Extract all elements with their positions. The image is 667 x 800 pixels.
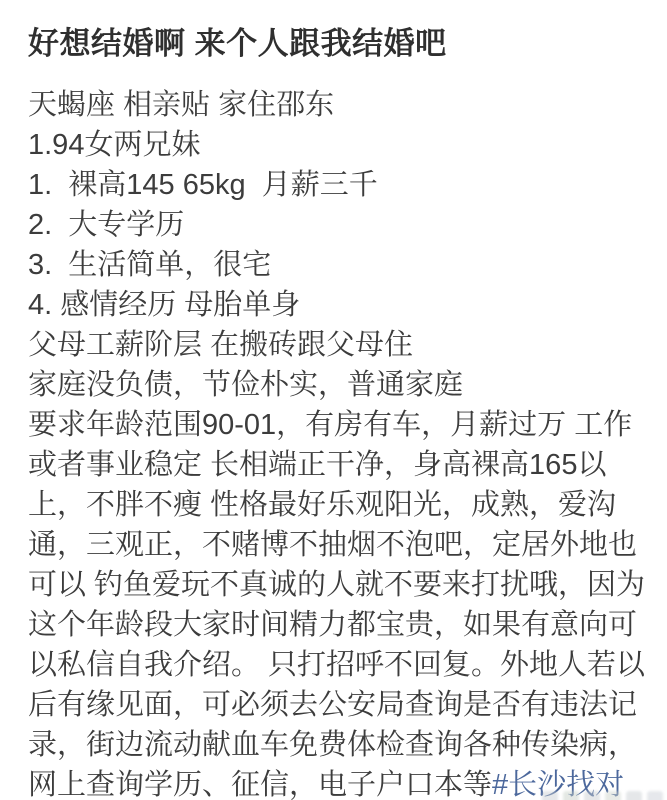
post-line: 父母工薪阶层 在搬砖跟父母住 <box>28 325 647 365</box>
post-line: 通，三观正，不赌博不抽烟不泡吧，定居外地也 <box>28 525 647 565</box>
post-line: 或者事业稳定 长相端正干净，身高裸高165以 <box>28 445 647 485</box>
post-line: 3. 生活简单，很宅 <box>28 245 647 285</box>
post-line-text: 网上查询学历、征信，电子户口本等 <box>28 769 492 800</box>
post-line: 后有缘见面，可必须去公安局查询是否有违法记 <box>28 685 647 725</box>
post-line: 1. 裸高145 65kg 月薪三千 <box>28 165 647 205</box>
post-line: 家庭没负债，节俭朴实，普通家庭 <box>28 365 647 405</box>
post-line: 这个年龄段大家时间精力都宝贵，如果有意向可 <box>28 605 647 645</box>
hashtag-link[interactable]: #长沙找对 <box>492 769 624 800</box>
post-line-last: 网上查询学历、征信，电子户口本等#长沙找对 <box>28 765 647 800</box>
post-line: 天蝎座 相亲贴 家住邵东 <box>28 85 647 125</box>
post-line: 1.94女两兄妹 <box>28 125 647 165</box>
post-body: 好想结婚啊 来个人跟我结婚吧 天蝎座 相亲贴 家住邵东 1.94女两兄妹 1. … <box>0 0 667 800</box>
post-title: 好想结婚啊 来个人跟我结婚吧 <box>28 24 647 64</box>
post-line: 以私信自我介绍。 只打招呼不回复。外地人若以 <box>28 645 647 685</box>
post-line: 可以 钓鱼爱玩不真诚的人就不要来打扰哦，因为 <box>28 565 647 605</box>
post-line: 要求年龄范围90-01，有房有车，月薪过万 工作 <box>28 405 647 445</box>
post-line: 上，不胖不瘦 性格最好乐观阳光，成熟，爱沟 <box>28 485 647 525</box>
post-line: 录，街边流动献血车免费体检查询各种传染病， <box>28 725 647 765</box>
post-line: 2. 大专学历 <box>28 205 647 245</box>
post-line: 4. 感情经历 母胎单身 <box>28 285 647 325</box>
